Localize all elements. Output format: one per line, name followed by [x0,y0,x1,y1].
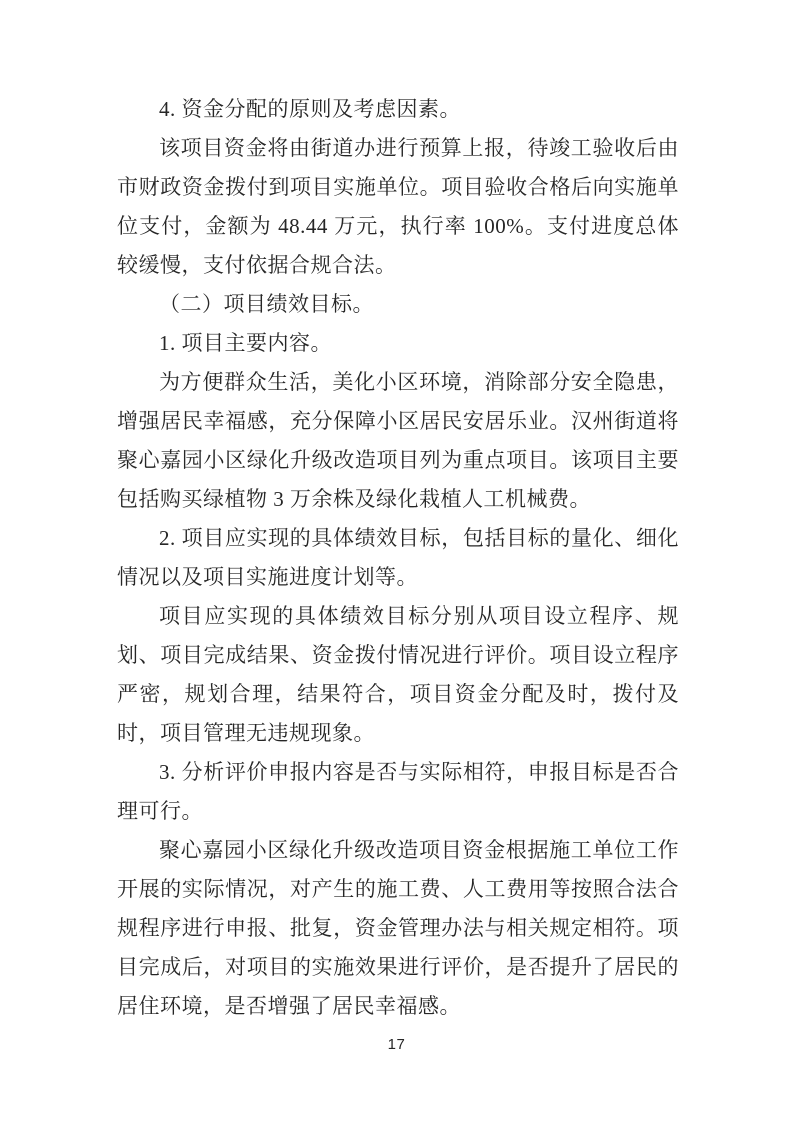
paragraph-main-content-heading: 1. 项目主要内容。 [117,324,679,363]
paragraph-funding-allocation-heading: 4. 资金分配的原则及考虑因素。 [117,90,679,129]
paragraph-performance-goal-heading: （二）项目绩效目标。 [117,285,679,324]
document-page: 4. 资金分配的原则及考虑因素。 该项目资金将由街道办进行预算上报，待竣工验收后… [0,0,793,1122]
paragraph-analysis-heading: 3. 分析评价申报内容是否与实际相符，申报目标是否合理可行。 [117,753,679,831]
page-number: 17 [0,1036,793,1053]
paragraph-analysis-body: 聚心嘉园小区绿化升级改造项目资金根据施工单位工作开展的实际情况，对产生的施工费、… [117,831,679,1026]
document-body: 4. 资金分配的原则及考虑因素。 该项目资金将由街道办进行预算上报，待竣工验收后… [117,90,679,1026]
paragraph-funding-allocation-body: 该项目资金将由街道办进行预算上报，待竣工验收后由市财政资金拨付到项目实施单位。项… [117,129,679,285]
paragraph-specific-goals-body: 项目应实现的具体绩效目标分别从项目设立程序、规划、项目完成结果、资金拨付情况进行… [117,597,679,753]
paragraph-main-content-body: 为方便群众生活，美化小区环境，消除部分安全隐患，增强居民幸福感，充分保障小区居民… [117,363,679,519]
paragraph-specific-goals-heading: 2. 项目应实现的具体绩效目标，包括目标的量化、细化情况以及项目实施进度计划等。 [117,519,679,597]
